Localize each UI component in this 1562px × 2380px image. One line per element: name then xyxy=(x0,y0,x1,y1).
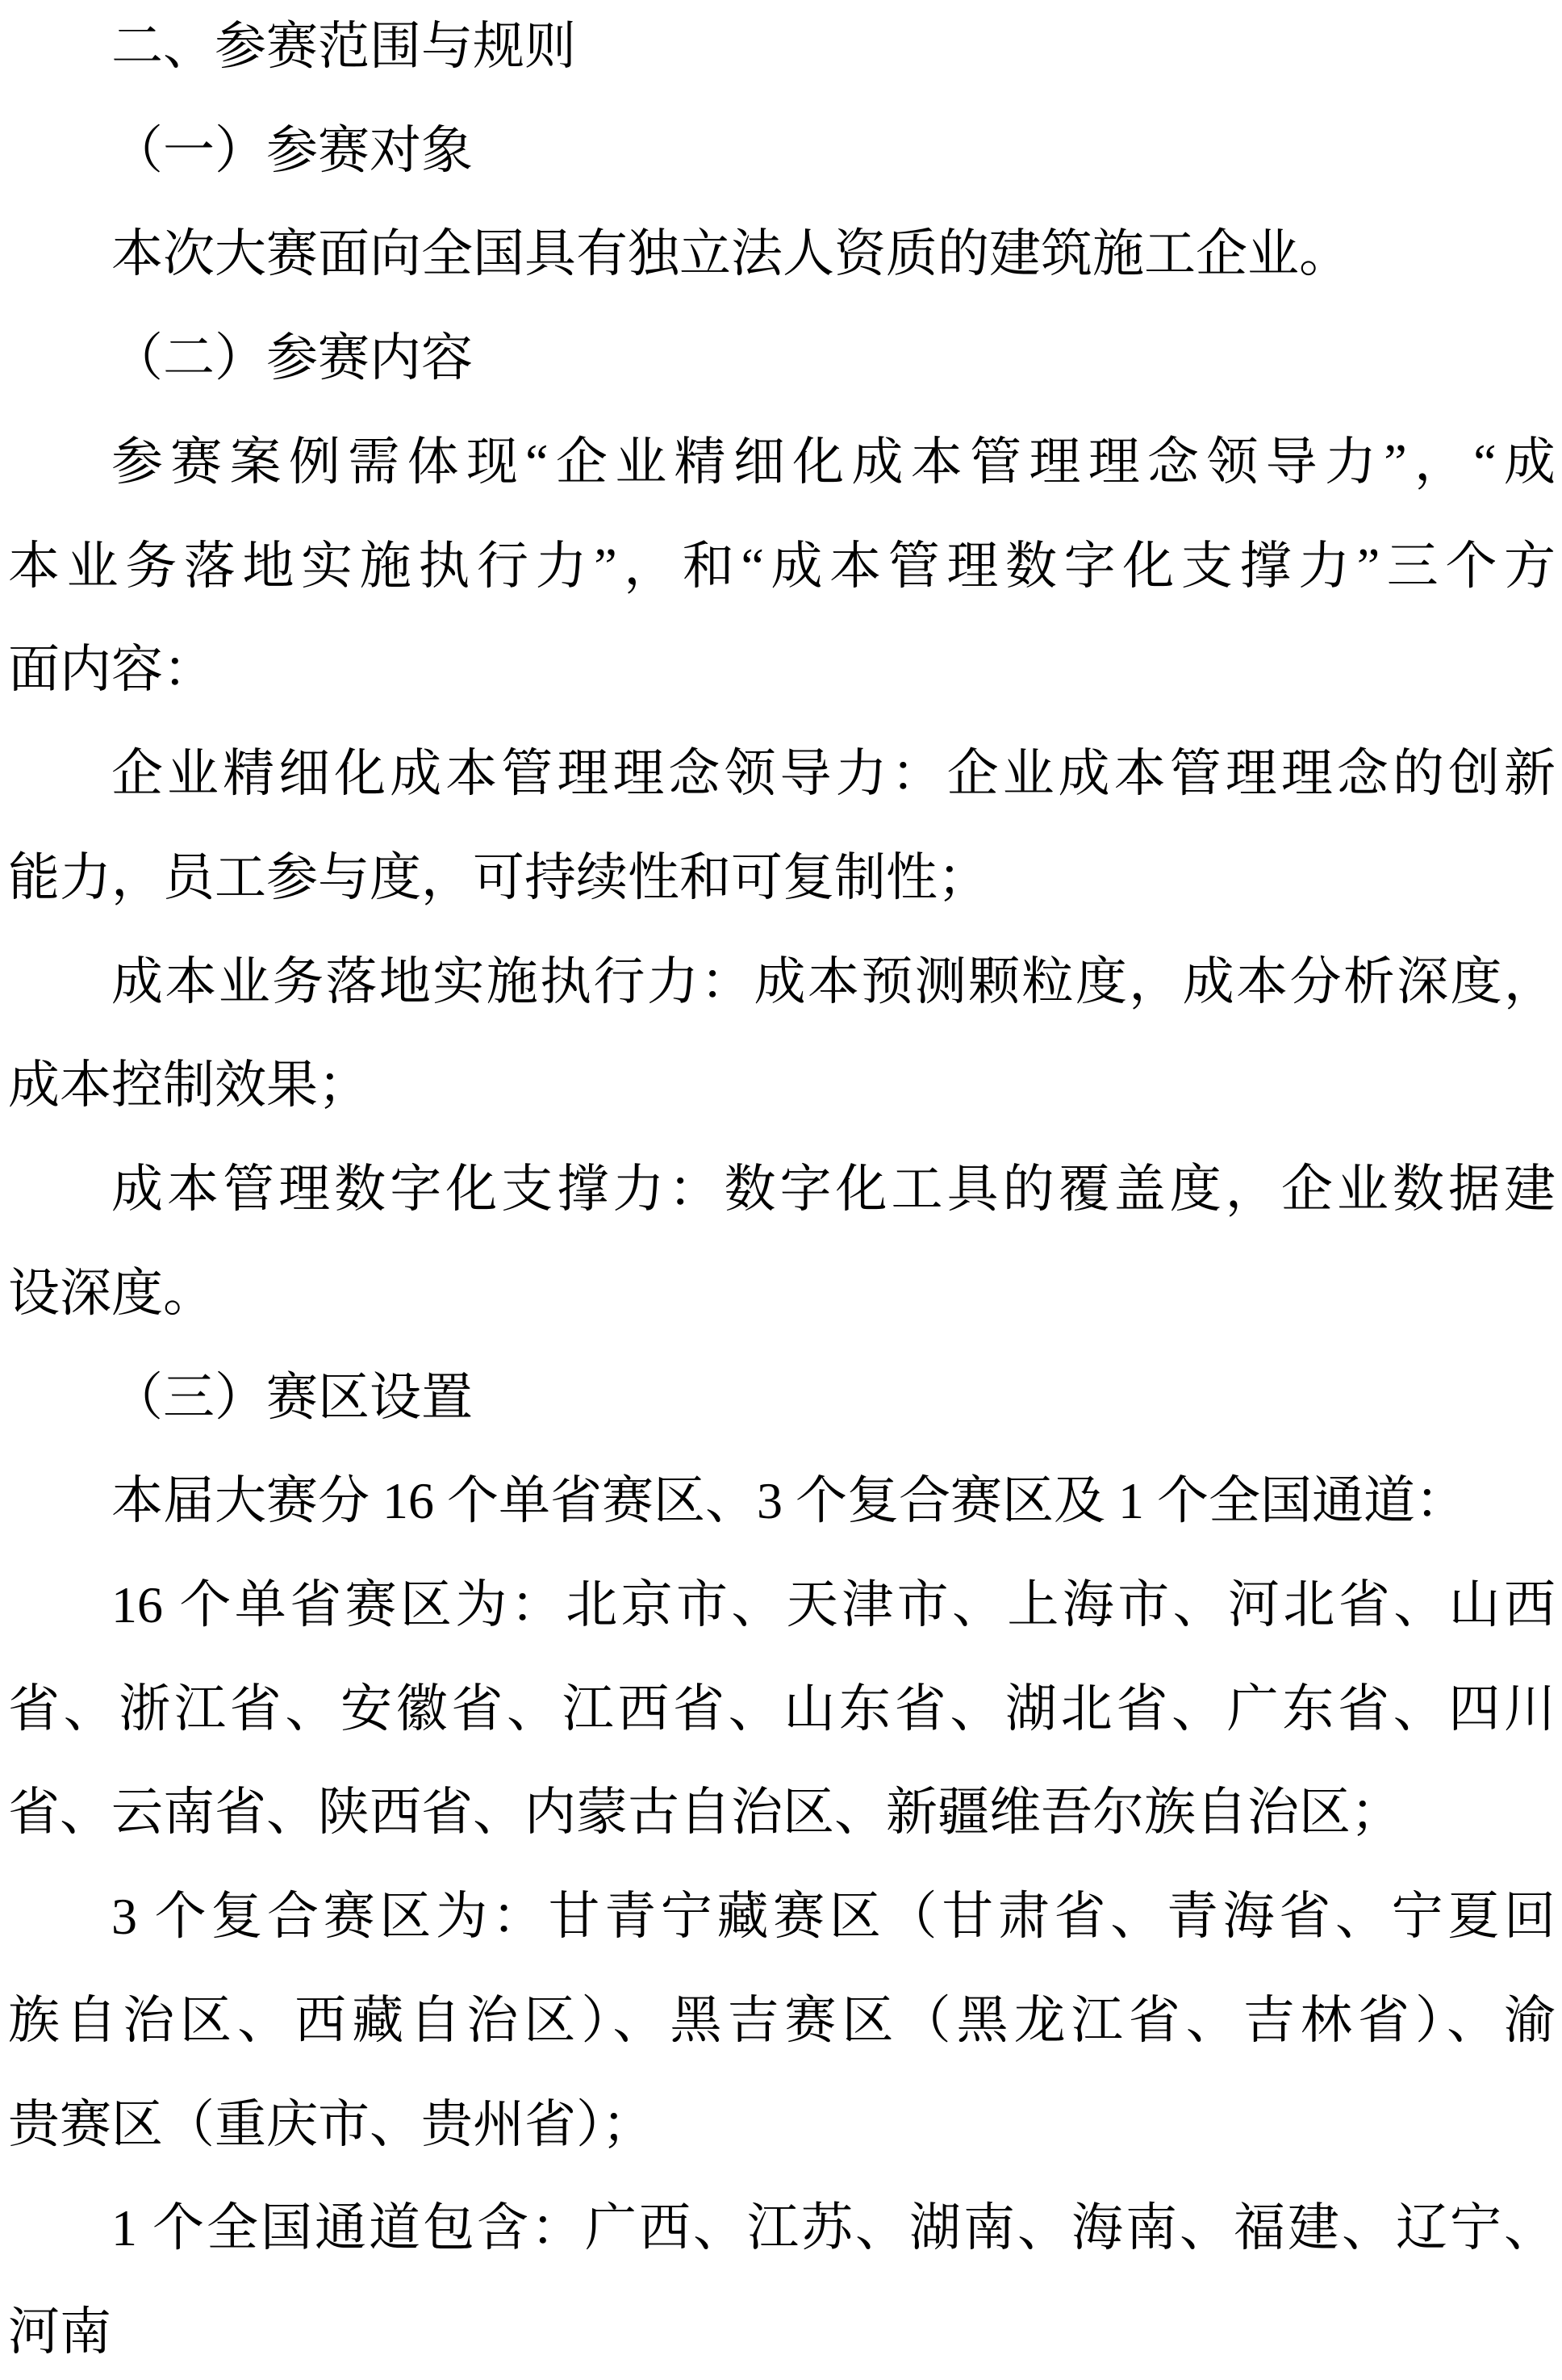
section-entry-content: （二）参赛内容 参赛案例需体现“企业精细化成本管理理念领导力”，“成 本业务落地… xyxy=(8,307,1556,1345)
text-line: 本届大赛分 16 个单省赛区、3 个复合赛区及 1 个全国通道： xyxy=(8,1449,1556,1554)
text-line: 本业务落地实施执行力”，和“成本管理数字化支撑力”三个方 xyxy=(8,515,1556,619)
section-competition-zones: （三）赛区设置 本届大赛分 16 个单省赛区、3 个复合赛区及 1 个全国通道：… xyxy=(8,1346,1556,2380)
subsection-title-participant-target: （一）参赛对象 xyxy=(8,99,1556,203)
text-line: 参赛案例需体现“企业精细化成本管理理念领导力”，“成 xyxy=(8,411,1556,515)
section-title: 二、参赛范围与规则 xyxy=(8,0,1556,99)
text-line: 能力，员工参与度，可持续性和可复制性； xyxy=(8,826,1556,931)
subsection-title-zone-setup: （三）赛区设置 xyxy=(8,1346,1556,1450)
text-line: 省、云南省、陕西省、内蒙古自治区、新疆维吾尔族自治区； xyxy=(8,1761,1556,1865)
text-line: 省、浙江省、安徽省、江西省、山东省、湖北省、广东省、四川 xyxy=(8,1658,1556,1762)
text-line: 3 个复合赛区为：甘青宁藏赛区（甘肃省、青海省、宁夏回 xyxy=(8,1865,1556,1969)
subsection-title-entry-content: （二）参赛内容 xyxy=(8,307,1556,411)
text-line: 成本业务落地实施执行力：成本预测颗粒度，成本分析深度， xyxy=(8,931,1556,1035)
text-line: 设深度。 xyxy=(8,1242,1556,1346)
document-page: 二、参赛范围与规则 （一）参赛对象 本次大赛面向全国具有独立法人资质的建筑施工企… xyxy=(0,0,1562,2380)
text-line: 1 个全国通道包含：广西、江苏、湖南、海南、福建、辽宁、 xyxy=(8,2177,1556,2281)
text-line: 族自治区、西藏自治区）、黑吉赛区（黑龙江省、吉林省）、渝 xyxy=(8,1969,1556,2073)
text-line: 面内容： xyxy=(8,618,1556,722)
text-line: 企业精细化成本管理理念领导力：企业成本管理理念的创新 xyxy=(8,722,1556,826)
text-line: 贵赛区（重庆市、贵州省）； xyxy=(8,2073,1556,2177)
text-line: 河南 xyxy=(8,2281,1556,2380)
text-line: 本次大赛面向全国具有独立法人资质的建筑施工企业。 xyxy=(8,203,1556,307)
section-participants: （一）参赛对象 本次大赛面向全国具有独立法人资质的建筑施工企业。 xyxy=(8,99,1556,307)
text-line: 16 个单省赛区为：北京市、天津市、上海市、河北省、山西 xyxy=(8,1554,1556,1658)
text-line: 成本管理数字化支撑力：数字化工具的覆盖度，企业数据建 xyxy=(8,1138,1556,1242)
text-line: 成本控制效果； xyxy=(8,1034,1556,1138)
